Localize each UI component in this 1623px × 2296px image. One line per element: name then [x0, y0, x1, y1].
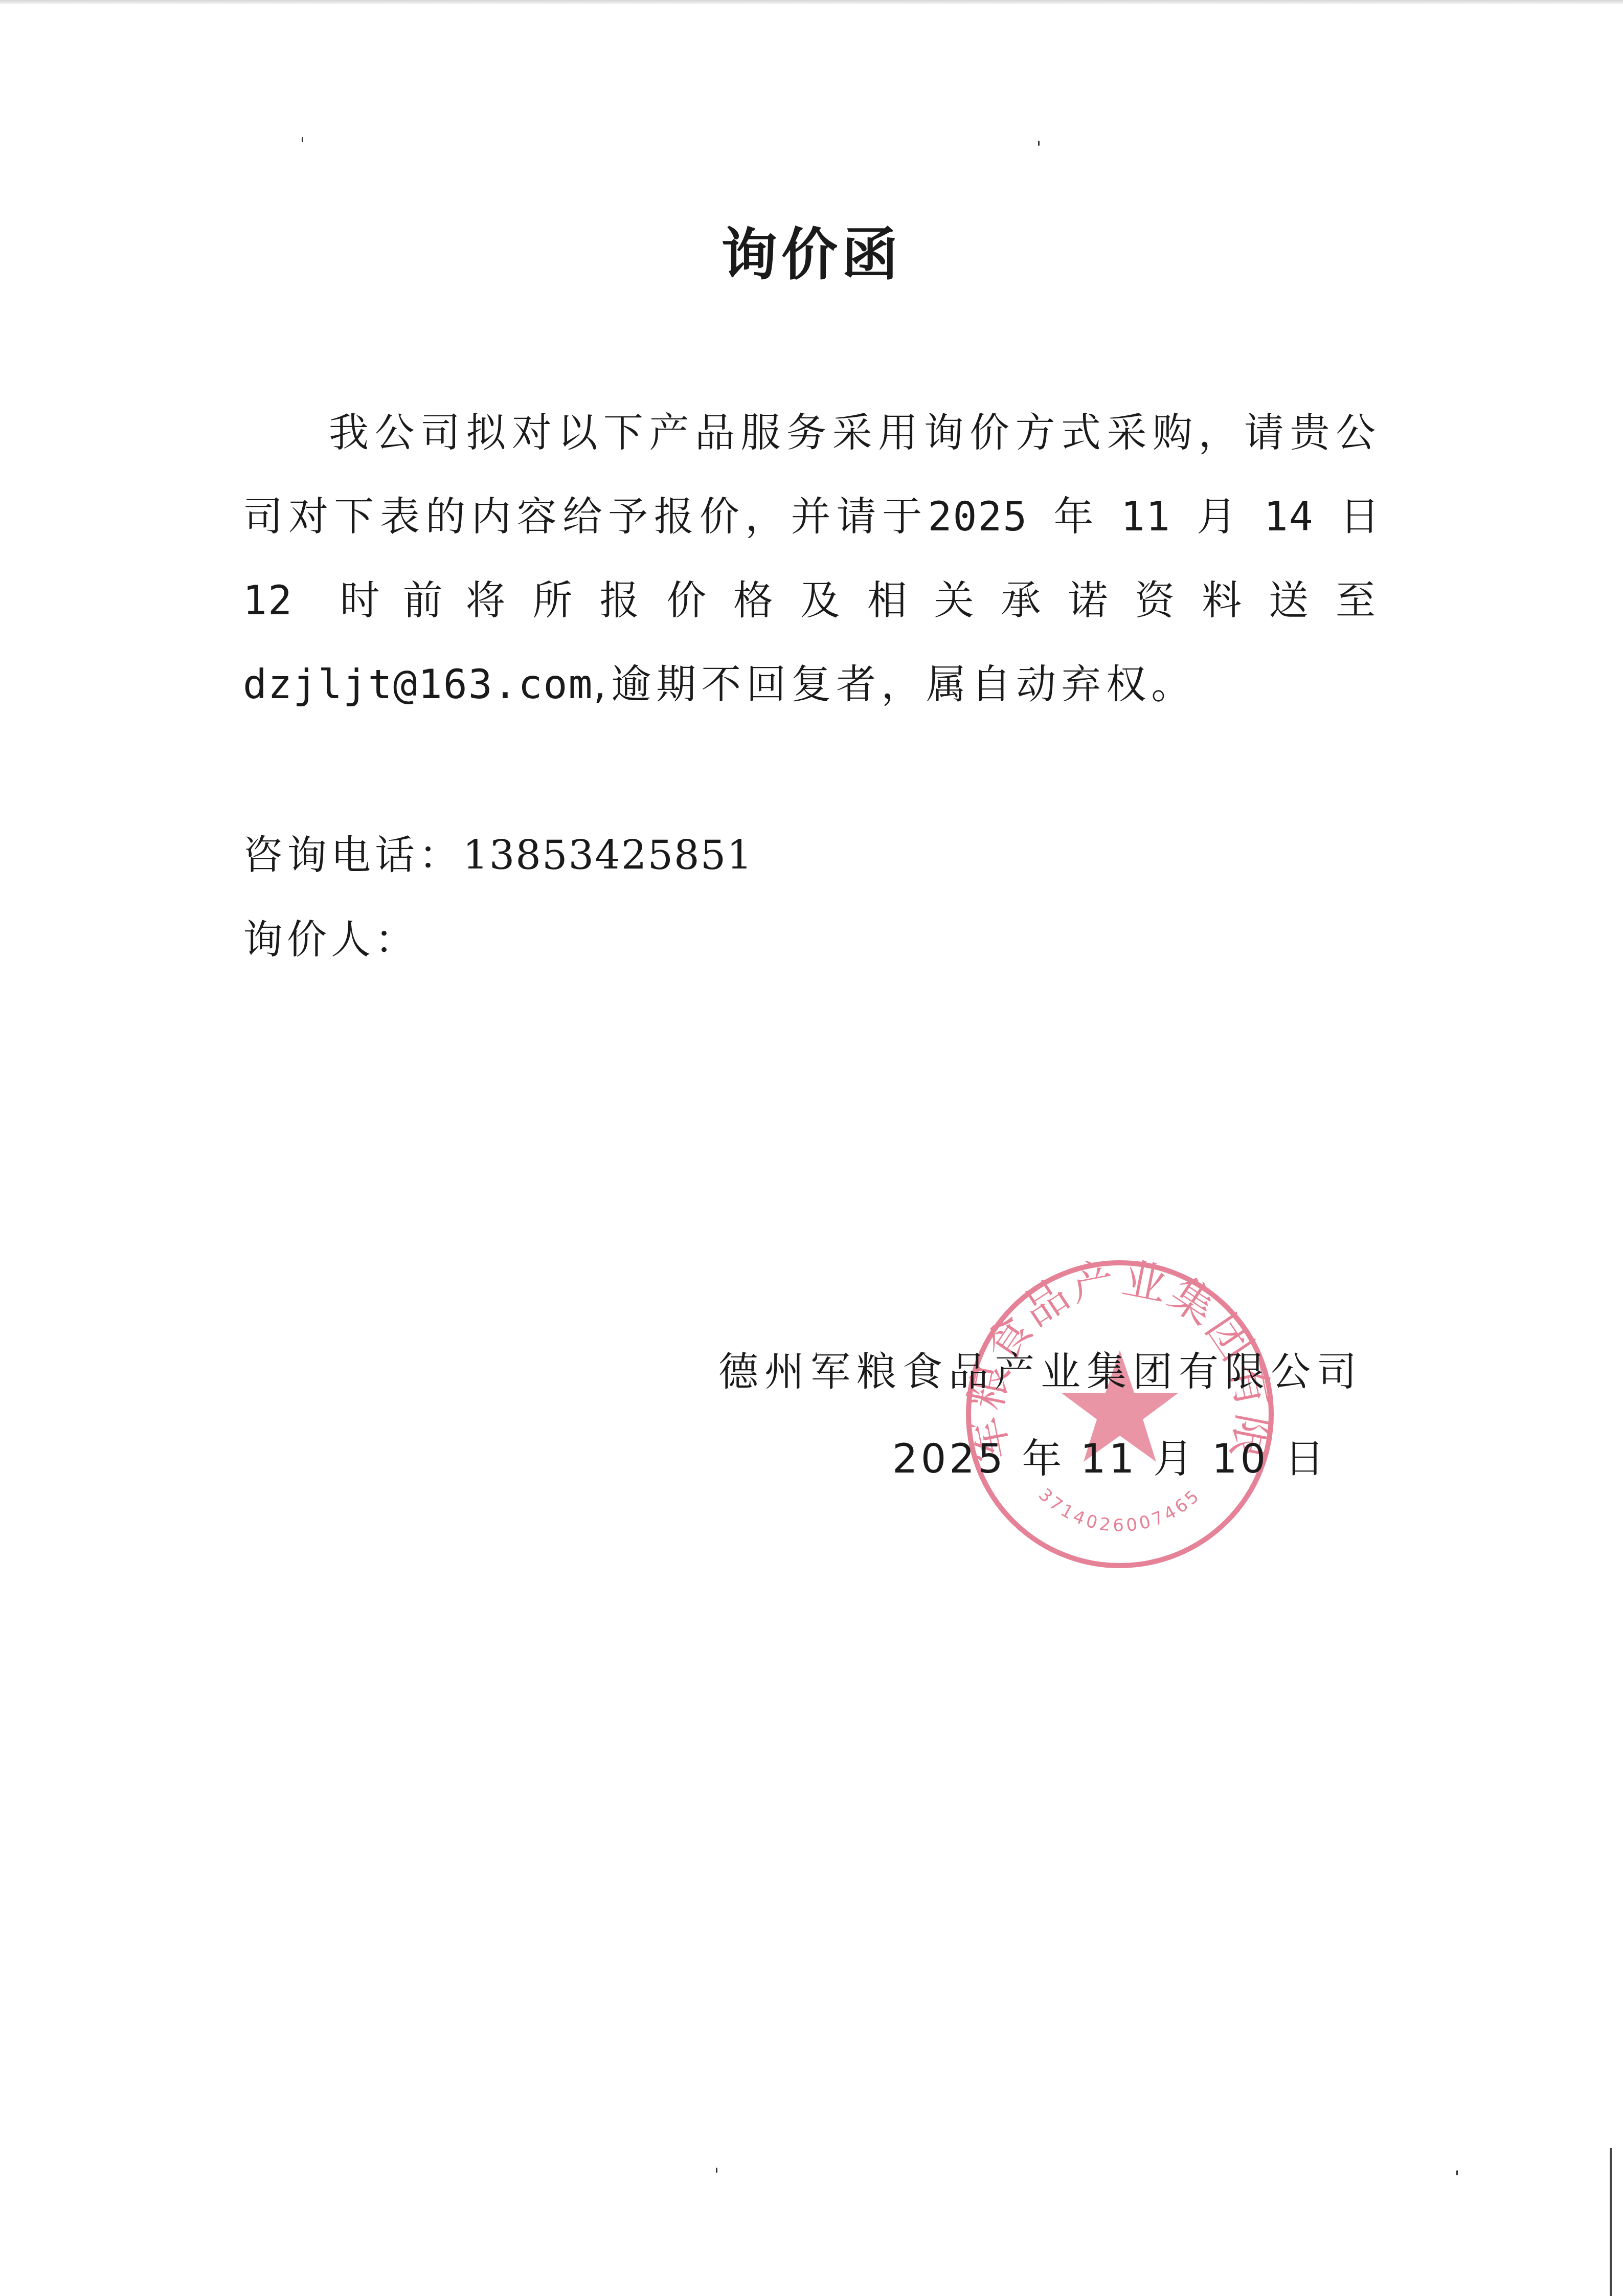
body-paragraph: 我公司拟对以下产品服务采用询价方式采购，请贵公司对下表的内容给予报价，并请于20… [243, 391, 1381, 727]
scan-edge-right [1610, 2148, 1612, 2296]
scan-speck [302, 137, 303, 142]
body-text-submit: 将所报价格及相关承诺资料送至 [466, 578, 1381, 624]
scan-edge-top [0, 0, 1623, 4]
body-text-closing: ,逾期不回复者，属自动弃权。 [593, 662, 1196, 708]
scan-speck [1456, 2170, 1458, 2175]
phone-label: 咨询电话： [243, 833, 463, 879]
signature-date: 2025 年 11 月 10 日 [892, 1427, 1327, 1484]
phone-number[interactable]: 13853425851 [463, 833, 753, 879]
svg-text:3714026007465: 3714026007465 [1034, 1484, 1205, 1536]
email-link[interactable]: dzjljt@163.com [243, 662, 593, 708]
inquirer-label: 询价人： [243, 917, 419, 963]
inquirer-line: 询价人： [243, 908, 419, 965]
scan-speck [716, 2168, 717, 2173]
company-seal-stamp: 德州军粮食品产业集团有限公司 3714026007465 [961, 1256, 1278, 1573]
document-title: 询价函 [0, 210, 1623, 291]
contact-phone-line: 咨询电话：13853425851 [243, 823, 753, 881]
scan-speck [1038, 141, 1040, 146]
signature-company: 德州军粮食品产业集团有限公司 [718, 1340, 1363, 1397]
